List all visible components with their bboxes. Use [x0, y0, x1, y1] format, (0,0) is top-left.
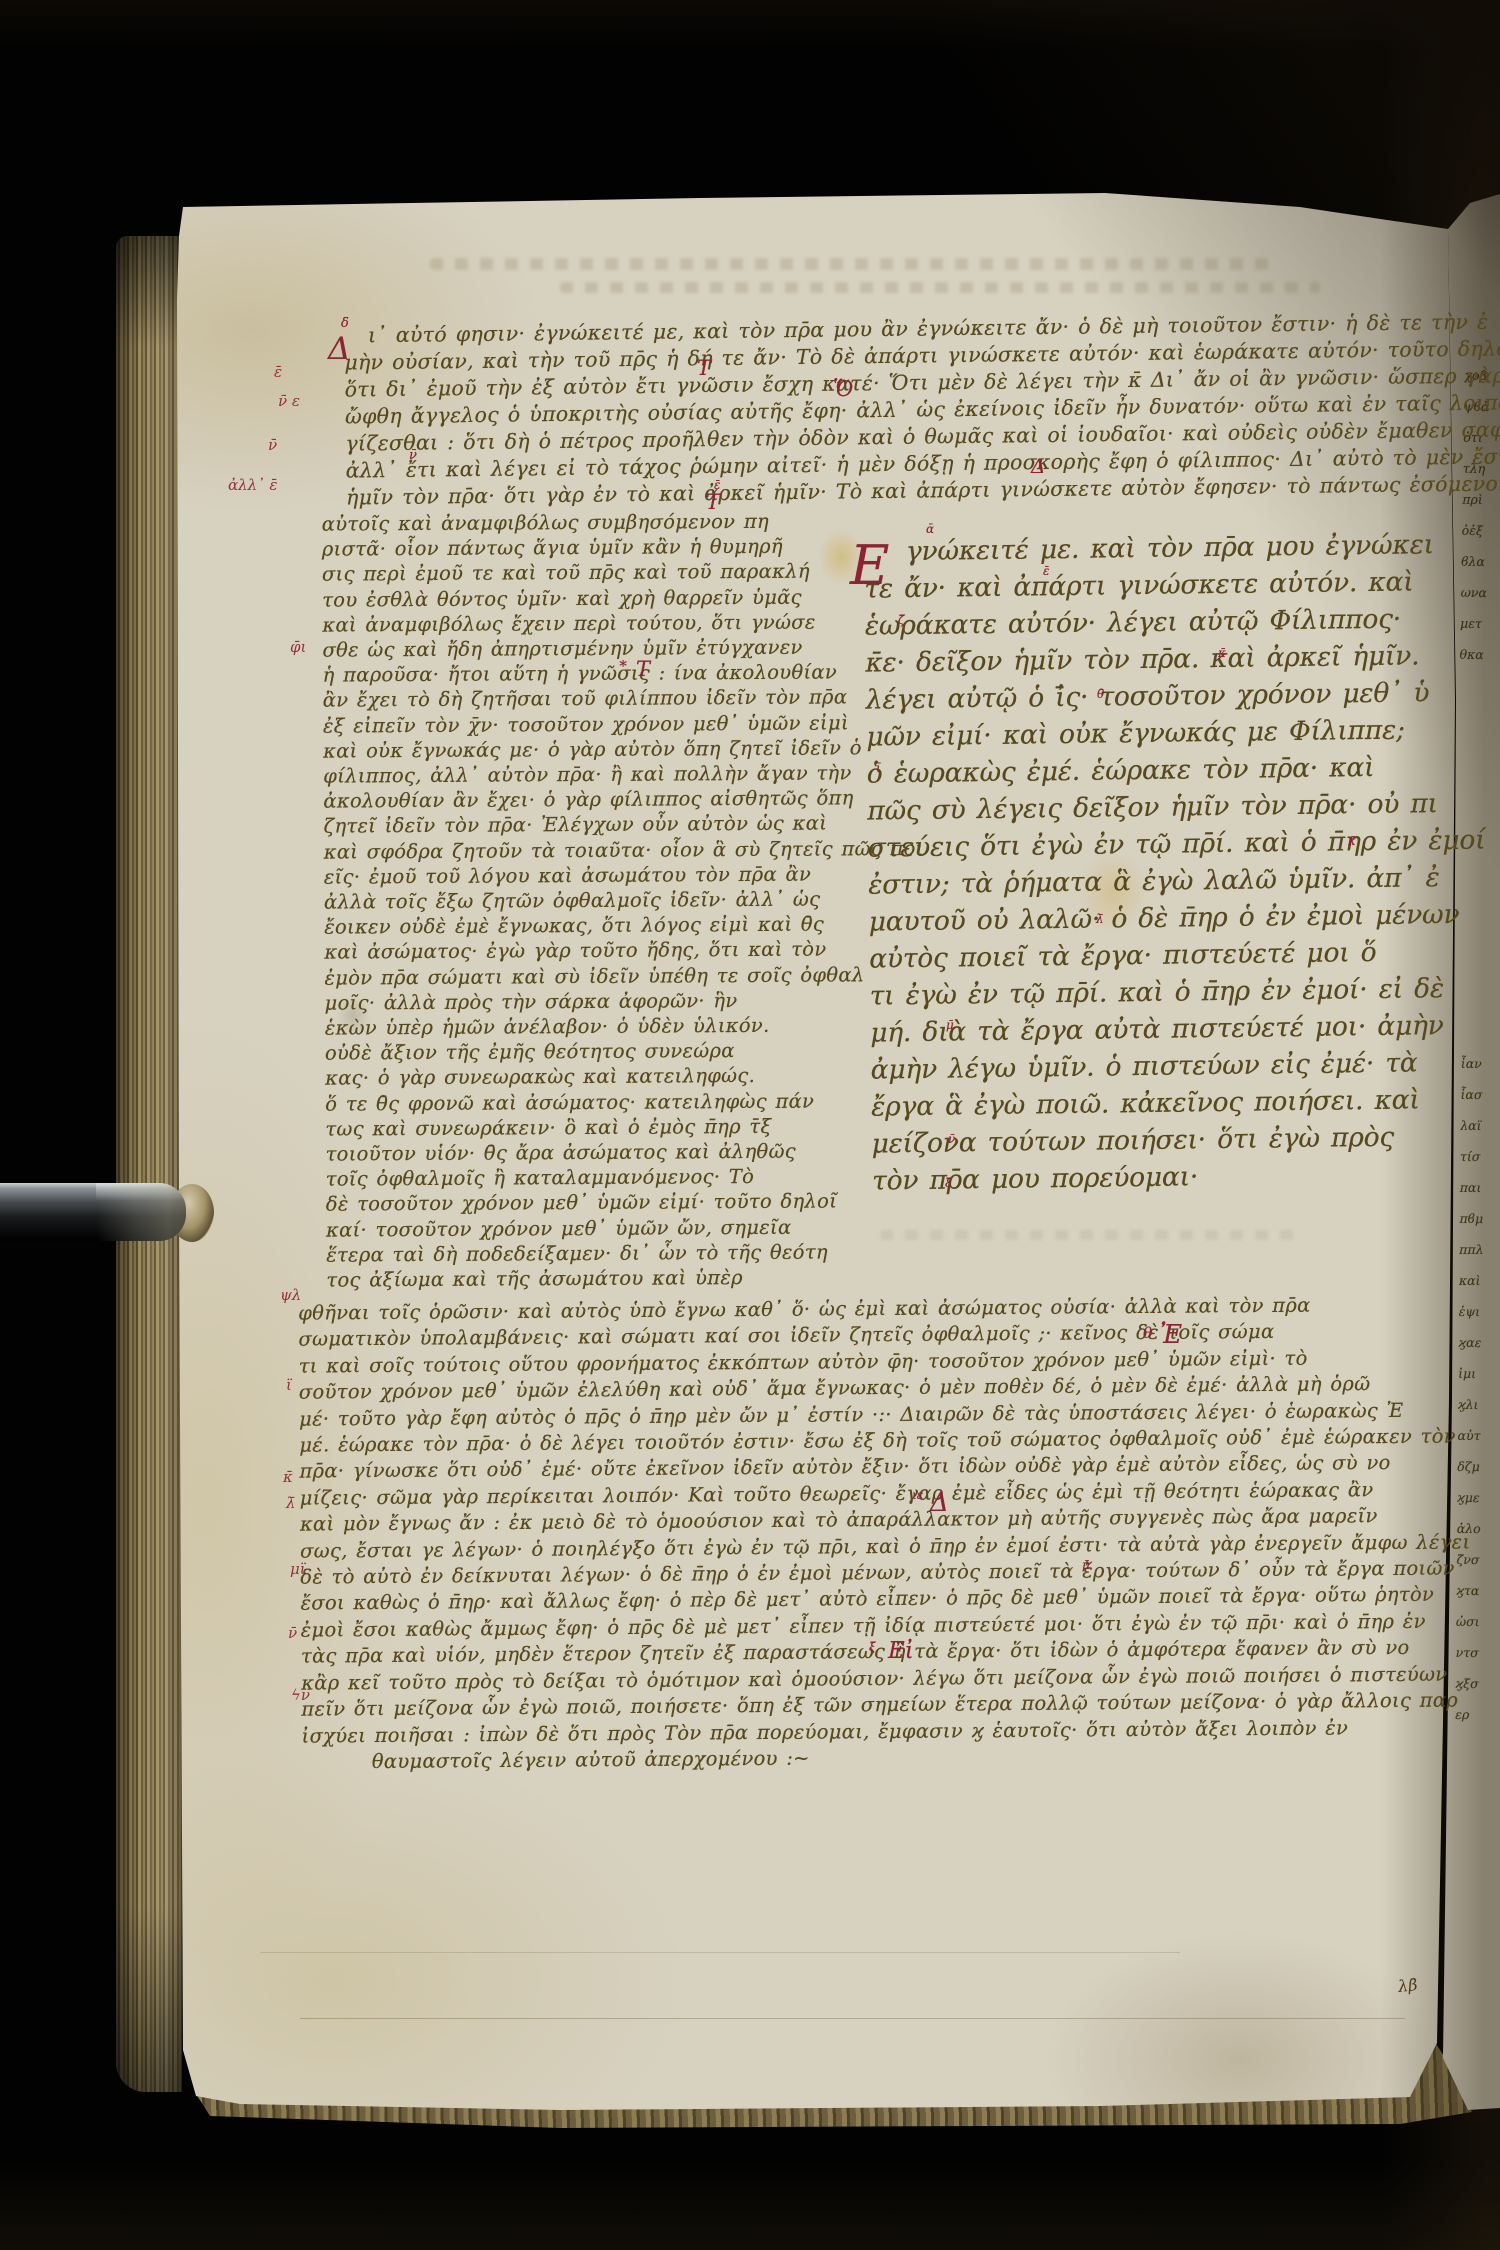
text-line: καὶ ἀναμφιβόλως ἔχειν περὶ τούτου, ὅτι γ…	[322, 609, 842, 637]
text-line: τοῖς ὀφθαλμοῖς ἢ καταλαμμανόμενος· Τὸ	[326, 1164, 846, 1192]
fore-edge-shading	[116, 236, 182, 2092]
text-line: ἀλλὰ τοῖς ἔξω ζητῶν ὀφθαλμοῖς ἰδεῖν· ἀλλ…	[324, 886, 844, 914]
text-line: ζητεῖ ἰδεῖν τὸν πρ̄α· Ἐλέγχων οὖν αὐτὸν …	[323, 811, 843, 839]
text-line: ωνα	[1460, 577, 1500, 609]
text-line: παι	[1460, 1172, 1500, 1203]
text-line: ὁἐξ	[1461, 515, 1500, 547]
ruling-line	[260, 1952, 1180, 1953]
glass-rod-tip	[96, 1183, 186, 1241]
text-line: καί· τοσοῦτον χρόνον μεθ᾽ ὑμῶν ὤν, σημεῖ…	[326, 1214, 846, 1242]
text-line: καὶ οὐκ ἔγνωκάς με· ὁ γὰρ αὐτὸν ὅπη ζητε…	[323, 735, 843, 763]
text-line: σθε ὡς καὶ ἤδη ἀπηρτισμένην ὑμῖν ἐτύγχαν…	[322, 634, 842, 662]
text-line: καὶ σφόδρα ζητοῦν τὰ τοιαῦτα· οἷον ἃ σὺ …	[324, 836, 844, 864]
top-text-block: ι᾽ αὐτό φησιν· ἐγνώκειτέ με, καὶ τὸν πρ̄…	[344, 309, 1416, 511]
text-line: λαϊ	[1460, 1110, 1500, 1141]
text-line: τὸν πρ̄α μου πορεύομαι·	[872, 1155, 1422, 1199]
text-line: ἶαν	[1461, 1048, 1500, 1079]
text-line: τοιοῦτον υἱόν· θ̄ς ἄρα ἀσώματος καὶ ἀληθ…	[325, 1138, 845, 1166]
text-line: ὅ τε θ̄ς φρονῶ καὶ ἀσώματος· κατειληφὼς …	[325, 1088, 845, 1116]
manuscript-photograph: χοβψϐἀὀτιτληπρὶὁἐξϐλαωναμετθκα ἶανἷασλαϊ…	[0, 0, 1500, 2250]
text-line: οὐδὲ ἄξιον τῆς ἐμῆς θεότητος συνεώρα	[325, 1038, 845, 1066]
text-line: τως καὶ συνεωράκειν· ὃ καὶ ὁ ἐμὸς π̄ηρ τ…	[325, 1113, 845, 1141]
ruling-line	[300, 2018, 1405, 2019]
text-line: τίσ	[1460, 1141, 1500, 1172]
text-line: μοῖς· ἀλλὰ πρὸς τὴν σάρκα ἀφορῶν· ἣν	[325, 987, 845, 1015]
text-line: καὶ ἀσώματος· ἐγὼ γὰρ τοῦτο ἤδης, ὅτι κα…	[324, 937, 844, 965]
text-line: κας· ὁ γὰρ συνεωρακὼς καὶ κατειληφώς.	[325, 1063, 845, 1091]
text-line: ἐμὸν πρ̄α σώματι καὶ σὺ ἰδεῖν ὑπέθη τε σ…	[324, 962, 844, 990]
quire-signature: λβ̄	[1397, 1975, 1418, 1996]
bottom-text-block: φθῆναι τοῖς ὁρῶσιν· καὶ αὐτὸς ὑπὸ ἔγνω κ…	[298, 1291, 1472, 1775]
text-line: εῖς· ἐμοῦ τοῦ λόγου καὶ ἀσωμάτου τὸν πρ̄…	[324, 861, 844, 889]
text-line: ἐξ εἰπεῖν τὸν χ̄ν· τοσοῦτον χρόνον μεθ᾽ …	[323, 710, 843, 738]
bleed-through-line	[430, 258, 1280, 270]
text-line: ἔοικεν οὐδὲ ἐμὲ ἔγνωκας, ὅτι λόγος εἰμὶ …	[324, 912, 844, 940]
text-line: ριστᾶ· οἷον πάντως ἅγια ὑμῖν κἂν ἡ θυμηρ…	[322, 534, 842, 562]
text-line: ἂν ἔχει τὸ δὴ ζητῆσαι τοῦ φιλίππου ἰδεῖν…	[323, 685, 843, 713]
text-line: μετ	[1460, 608, 1500, 640]
text-line: αὐτοῖς καὶ ἀναμφιβόλως συμβησόμενον πη	[322, 508, 842, 536]
text-line: φίλιππος, ἀλλ᾽ αὐτὸν πρ̄α· ἢ καὶ πολλὴν …	[323, 760, 843, 788]
text-line: ἡ παροῦσα· ἤτοι αὕτη ἡ γνῶσις : ίνα ἀκολ…	[323, 660, 843, 688]
left-column-commentary: αὐτοῖς καὶ ἀναμφιβόλως συμβησόμενον πηρι…	[322, 508, 847, 1292]
text-line: ἷασ	[1460, 1079, 1500, 1110]
text-line: θκα	[1459, 639, 1500, 671]
text-line: ϐλα	[1461, 546, 1500, 578]
bleed-through-line	[880, 1230, 1300, 1240]
text-line: του ἐσθλὰ θόντος ὑμῖν· καὶ χρὴ θαρρεῖν ὑ…	[322, 584, 842, 612]
text-line: ἀκολουθίαν ἂν ἔχει· ὁ γὰρ φίλιππος αἰσθη…	[323, 786, 843, 814]
bleed-through-line	[560, 282, 1320, 293]
text-line: δὲ τοσοῦτον χρόνον μεθ᾽ ὑμῶν εἰμί· τοῦτο…	[326, 1189, 846, 1217]
text-line: ἑκὼν ὑπὲρ ἡμῶν ἀνέλαβον· ὁ ὑδὲν ὑλικόν.	[325, 1012, 845, 1040]
text-line: ππλ	[1459, 1234, 1499, 1265]
text-line: ἕτερα ταὶ δὴ ποδεδείξαμεν· δι᾽ ὧν τὸ τῆς…	[326, 1239, 846, 1267]
book-fore-edge-page-stack	[116, 236, 182, 2092]
right-column-gospel-lemma: γνώκειτέ με. καὶ τὸν πρ̄α μου ἐγνώκειτε …	[864, 526, 1423, 1199]
text-line: τος ἀξίωμα καὶ τῆς ἀσωμάτου καὶ ὑπὲρ	[326, 1264, 846, 1292]
text-line: μείζονα τούτων ποιήσει· ὅτι ἐγὼ πρὸς	[871, 1118, 1421, 1162]
text-line: σις περὶ ἐμοῦ τε καὶ τοῦ πρ̄ς καὶ τοῦ πα…	[322, 559, 842, 587]
text-line: πϐμ	[1459, 1203, 1499, 1234]
glass-rod-page-weight	[0, 1183, 186, 1241]
